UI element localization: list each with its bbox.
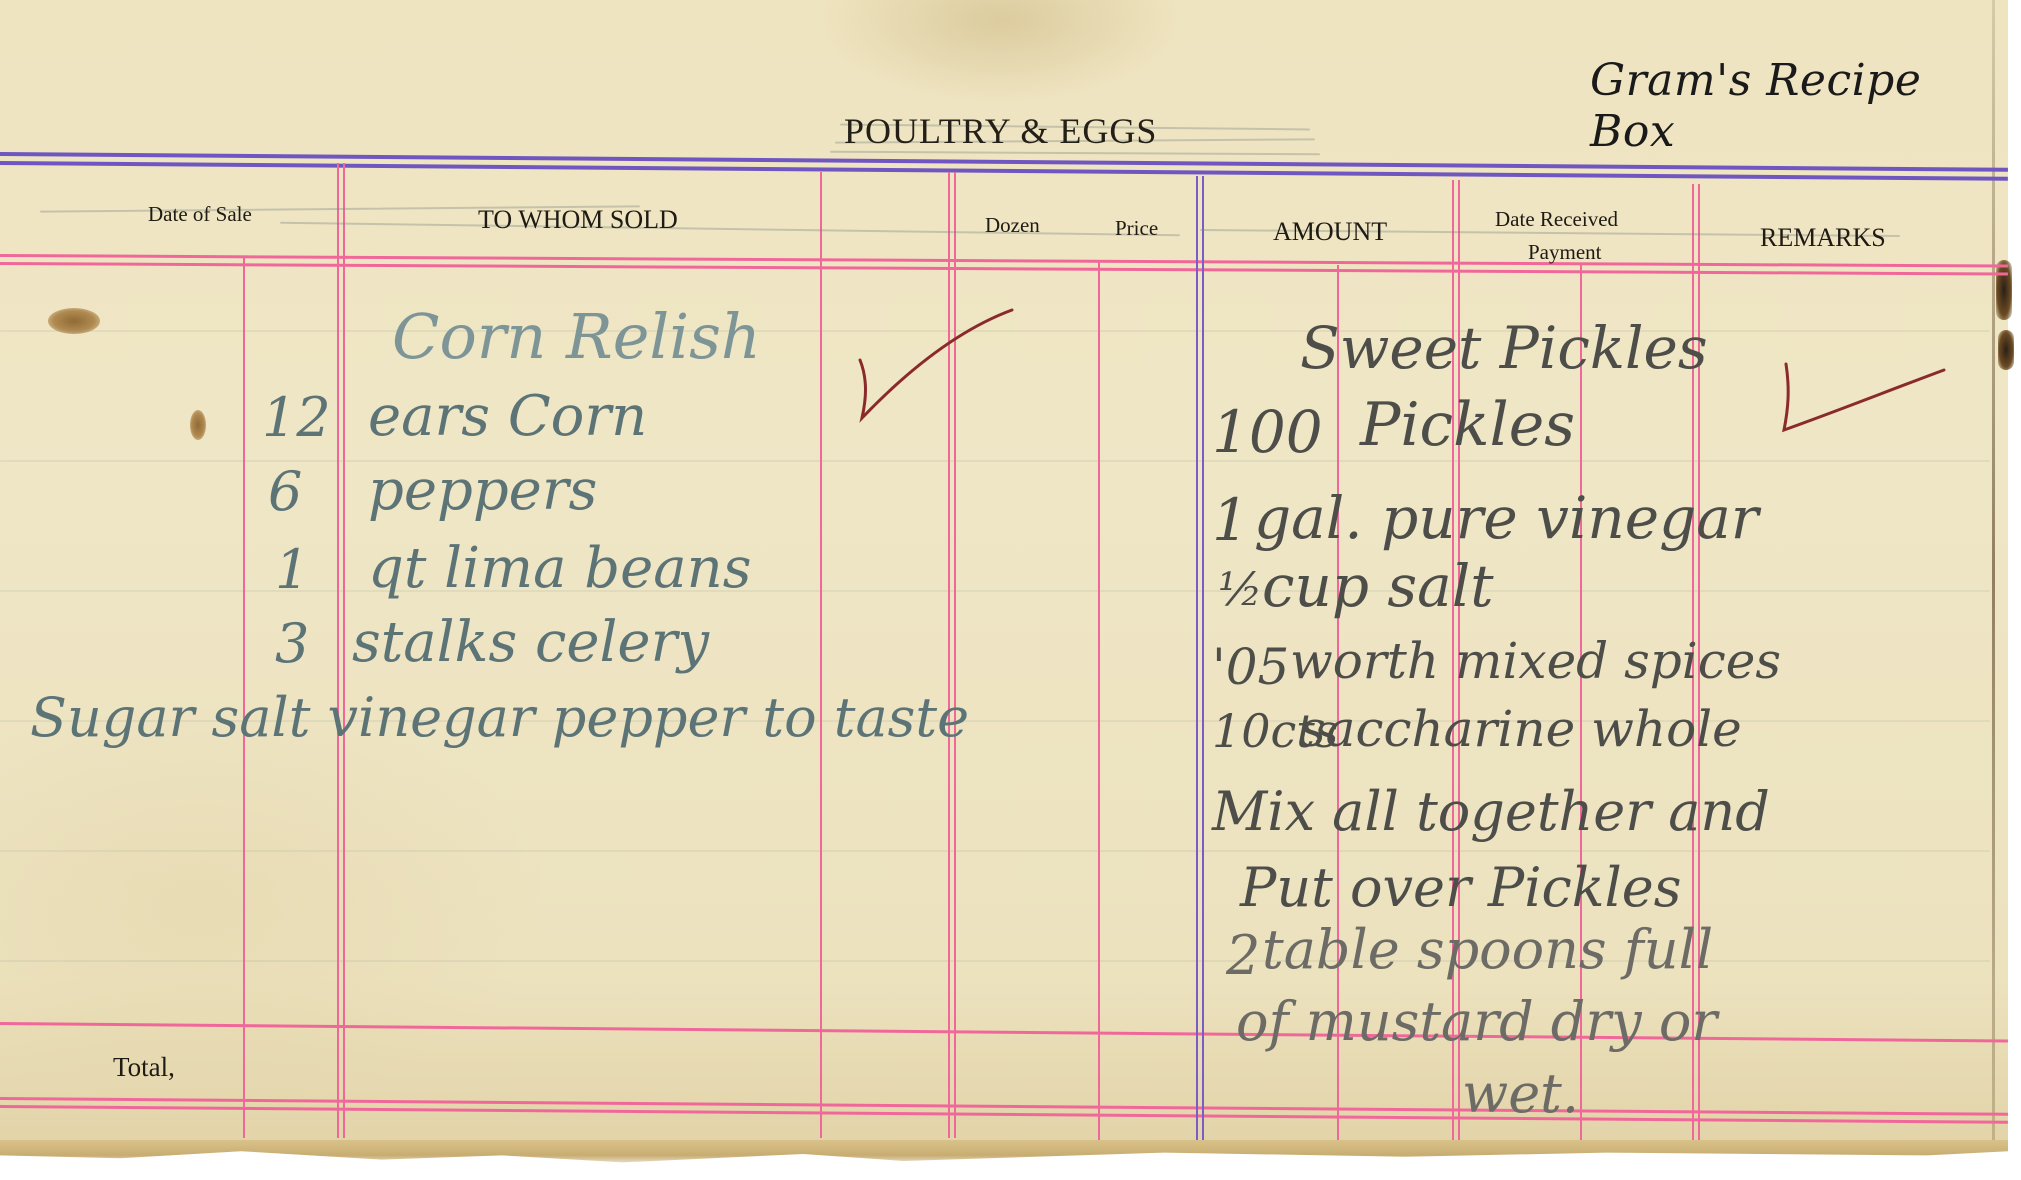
column-header-date-received: Date Received: [1495, 208, 1618, 231]
column-header-payment: Payment: [1528, 241, 1602, 264]
recipe-title-corn-relish: Corn Relish: [392, 300, 761, 373]
recipe-step: Put over Pickles: [1240, 856, 1681, 919]
column-rule: [1098, 262, 1100, 1142]
column-header-amount: AMOUNT: [1273, 218, 1387, 247]
recipe-note: Sugar salt vinegar pepper to taste: [30, 686, 969, 749]
check-mark-icon: [1780, 360, 1950, 440]
pencil-scribble: [280, 222, 1180, 237]
total-bottom-rule: [0, 1097, 2008, 1116]
ledger-title: POULTRY & EGGS: [844, 110, 1157, 152]
total-label: Total,: [113, 1053, 175, 1083]
recipe-ingredient: stalks celery: [352, 610, 709, 675]
recipe-ingredient: saccharine whole: [1300, 700, 1742, 758]
burn-mark: [1996, 260, 2012, 320]
column-rule: [337, 163, 339, 1138]
recipe-qty: ½: [1218, 562, 1263, 616]
burn-mark: [1998, 330, 2014, 370]
stain-mark: [190, 410, 206, 440]
recipe-qty: 12: [262, 386, 331, 449]
check-mark-icon: [848, 300, 1018, 430]
column-header-to-whom-sold: TO WHOM SOLD: [478, 206, 678, 235]
recipe-step: Mix all together and: [1212, 780, 1770, 843]
ledger-page: Gram's Recipe Box POULTRY & EGGS Date of…: [0, 0, 2008, 1150]
column-rule: [820, 172, 822, 1138]
recipe-qty: 100: [1212, 398, 1323, 466]
page-fold: [1992, 0, 1995, 1150]
recipe-qty: 6: [268, 460, 302, 523]
brand-title: Gram's Recipe Box: [1590, 55, 2008, 157]
recipe-qty: 3: [275, 612, 309, 675]
recipe-step: wet.: [1462, 1062, 1579, 1125]
recipe-title-sweet-pickles: Sweet Pickles: [1300, 314, 1708, 382]
recipe-ingredient: ears Corn: [368, 384, 647, 449]
recipe-qty: 1: [1212, 486, 1249, 554]
recipe-ingredient: cup salt: [1262, 552, 1494, 620]
recipe-ingredient: qt lima beans: [368, 536, 751, 601]
column-header-dozen: Dozen: [985, 214, 1040, 237]
recipe-qty: '05: [1212, 638, 1289, 696]
torn-page-edge: [0, 1140, 2008, 1168]
recipe-qty: 1: [275, 538, 309, 601]
recipe-ingredient: peppers: [368, 458, 597, 523]
recipe-ingredient: Pickles: [1360, 390, 1575, 460]
column-rule-amount: [1196, 176, 1198, 1142]
recipe-qty: 2: [1226, 924, 1260, 987]
header-bottom-rule: [0, 254, 2008, 268]
recipe-ingredient: worth mixed spices: [1290, 632, 1781, 690]
recipe-step: of mustard dry or: [1236, 990, 1717, 1053]
column-header-remarks: REMARKS: [1760, 224, 1886, 253]
recipe-ingredient: table spoons full: [1262, 918, 1713, 981]
recipe-ingredient: gal. pure vinegar: [1254, 484, 1759, 552]
column-header-date-of-sale: Date of Sale: [148, 203, 252, 226]
column-header-price: Price: [1115, 217, 1158, 240]
